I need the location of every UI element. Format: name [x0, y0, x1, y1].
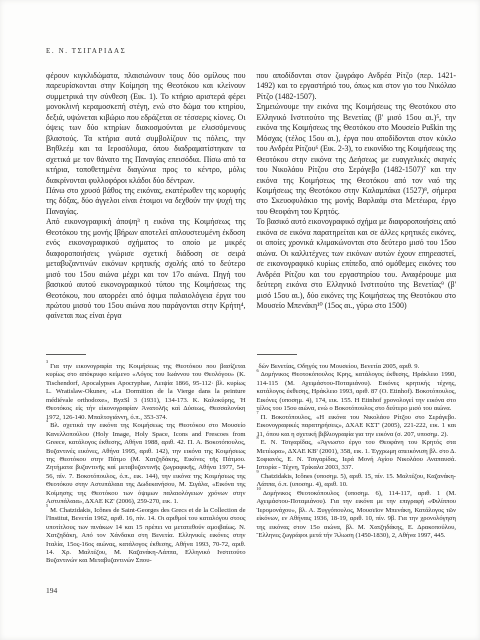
footnote-marker: 4: [46, 418, 48, 423]
footnote: 4Βλ. σχετικά την εικόνα της Κοιμήσεως τη…: [46, 422, 246, 507]
footnotes-right-column: δών Βενετίας, Οδηγός του Μουσείου, Βενετ…: [257, 351, 457, 583]
footnote-text: Δομήνικος Θεοτοκόπουλος (υποσημ. 6), 114…: [257, 490, 457, 539]
footnote-marker: 3: [46, 359, 48, 364]
footnote-marker: 6: [257, 368, 259, 373]
main-text: φέρουν κιγκλιδώματα, πλαισιώνουν τους δύ…: [46, 71, 456, 343]
footnote: 9Chatzidakis, Icônes (υποσημ. 5), αριθ. …: [257, 473, 457, 490]
paragraph: Από εικονογραφική άποψη³ η εικόνα της Κο…: [46, 217, 246, 322]
paper-page: Ε. Ν. ΤΣΙΓΑΡΙΔΑΣ φέρουν κιγκλιδώματα, πλ…: [0, 0, 480, 640]
footnote-text: Π. Βοκοτόπουλος, «Η εικόνα του Νικολάου …: [257, 414, 457, 438]
footnote-text: Για την εικονογραφία της Κοιμήσεως της Θ…: [46, 363, 246, 421]
footnotes-left-column: 3Για την εικονογραφία της Κοιμήσεως της …: [46, 351, 246, 583]
paragraph: Πάνω στο χρυσό βάθος της εικόνας, εκατέρ…: [46, 186, 246, 217]
footnote-continuation: δών Βενετίας, Οδηγός του Μουσείου, Βενετ…: [257, 363, 457, 371]
footnote-text: Βλ. σχετικά την εικόνα της Κοιμήσεως της…: [46, 422, 246, 505]
page-number: 194: [46, 586, 57, 595]
footnote: 3Για την εικονογραφία της Κοιμήσεως της …: [46, 363, 246, 422]
footnote-marker: 5: [46, 503, 48, 508]
paragraph: φέρουν κιγκλιδώματα, πλαισιώνουν τους δύ…: [46, 71, 246, 186]
footnote-text: δών Βενετίας, Οδηγός του Μουσείου, Βενετ…: [259, 363, 420, 370]
paragraph: που αποδίδονται στον ζωγράφο Ανδρέα Ρίτζ…: [257, 71, 457, 102]
footnote-marker: 7: [257, 410, 259, 415]
footnote-text: M. Chatzidakis, Icônes de Saint-Georges …: [46, 507, 246, 565]
paragraph: Σημειώνουμε την εικόνα της Κοιμήσεως της…: [257, 102, 457, 217]
footnote-text: Chatzidakis, Icônes (υποσημ. 5), αριθ. 1…: [257, 473, 457, 488]
author-header: Ε. Ν. ΤΣΙΓΑΡΙΔΑΣ: [46, 47, 126, 55]
footnote: 8Ε. Ν. Τσιγαρίδας, «Άγνωστο έργο του Θεο…: [257, 439, 457, 473]
footnote: 6Δομήνικος Θεοτοκόπουλος Κρης, κατάλογος…: [257, 371, 457, 413]
footnote: 10Δομήνικος Θεοτοκόπουλος (υποσημ. 6), 1…: [257, 490, 457, 541]
footnote: 5M. Chatzidakis, Icônes de Saint-Georges…: [46, 507, 246, 566]
footnote-separator: [46, 354, 86, 355]
footnote-marker: 9: [257, 469, 259, 474]
footnote-separator: [257, 354, 297, 355]
paragraph: Το βασικό αυτό εικονογραφικό σχήμα με δι…: [257, 217, 457, 311]
footnote: 7Π. Βοκοτόπουλος, «Η εικόνα του Νικολάου…: [257, 414, 457, 439]
footnote-text: Δομήνικος Θεοτοκόπουλος Κρης, κατάλογος …: [257, 371, 457, 412]
footnote-text: Ε. Ν. Τσιγαρίδας, «Άγνωστο έργο του Θεοφ…: [257, 439, 457, 471]
footnotes-section: 3Για την εικονογραφία της Κοιμήσεως της …: [46, 351, 456, 583]
footnote-marker: 8: [257, 435, 259, 440]
main-text-right-column: που αποδίδονται στον ζωγράφο Ανδρέα Ρίτζ…: [257, 71, 457, 343]
main-text-left-column: φέρουν κιγκλιδώματα, πλαισιώνουν τους δύ…: [46, 71, 246, 343]
footnote-marker: 10: [257, 486, 261, 491]
